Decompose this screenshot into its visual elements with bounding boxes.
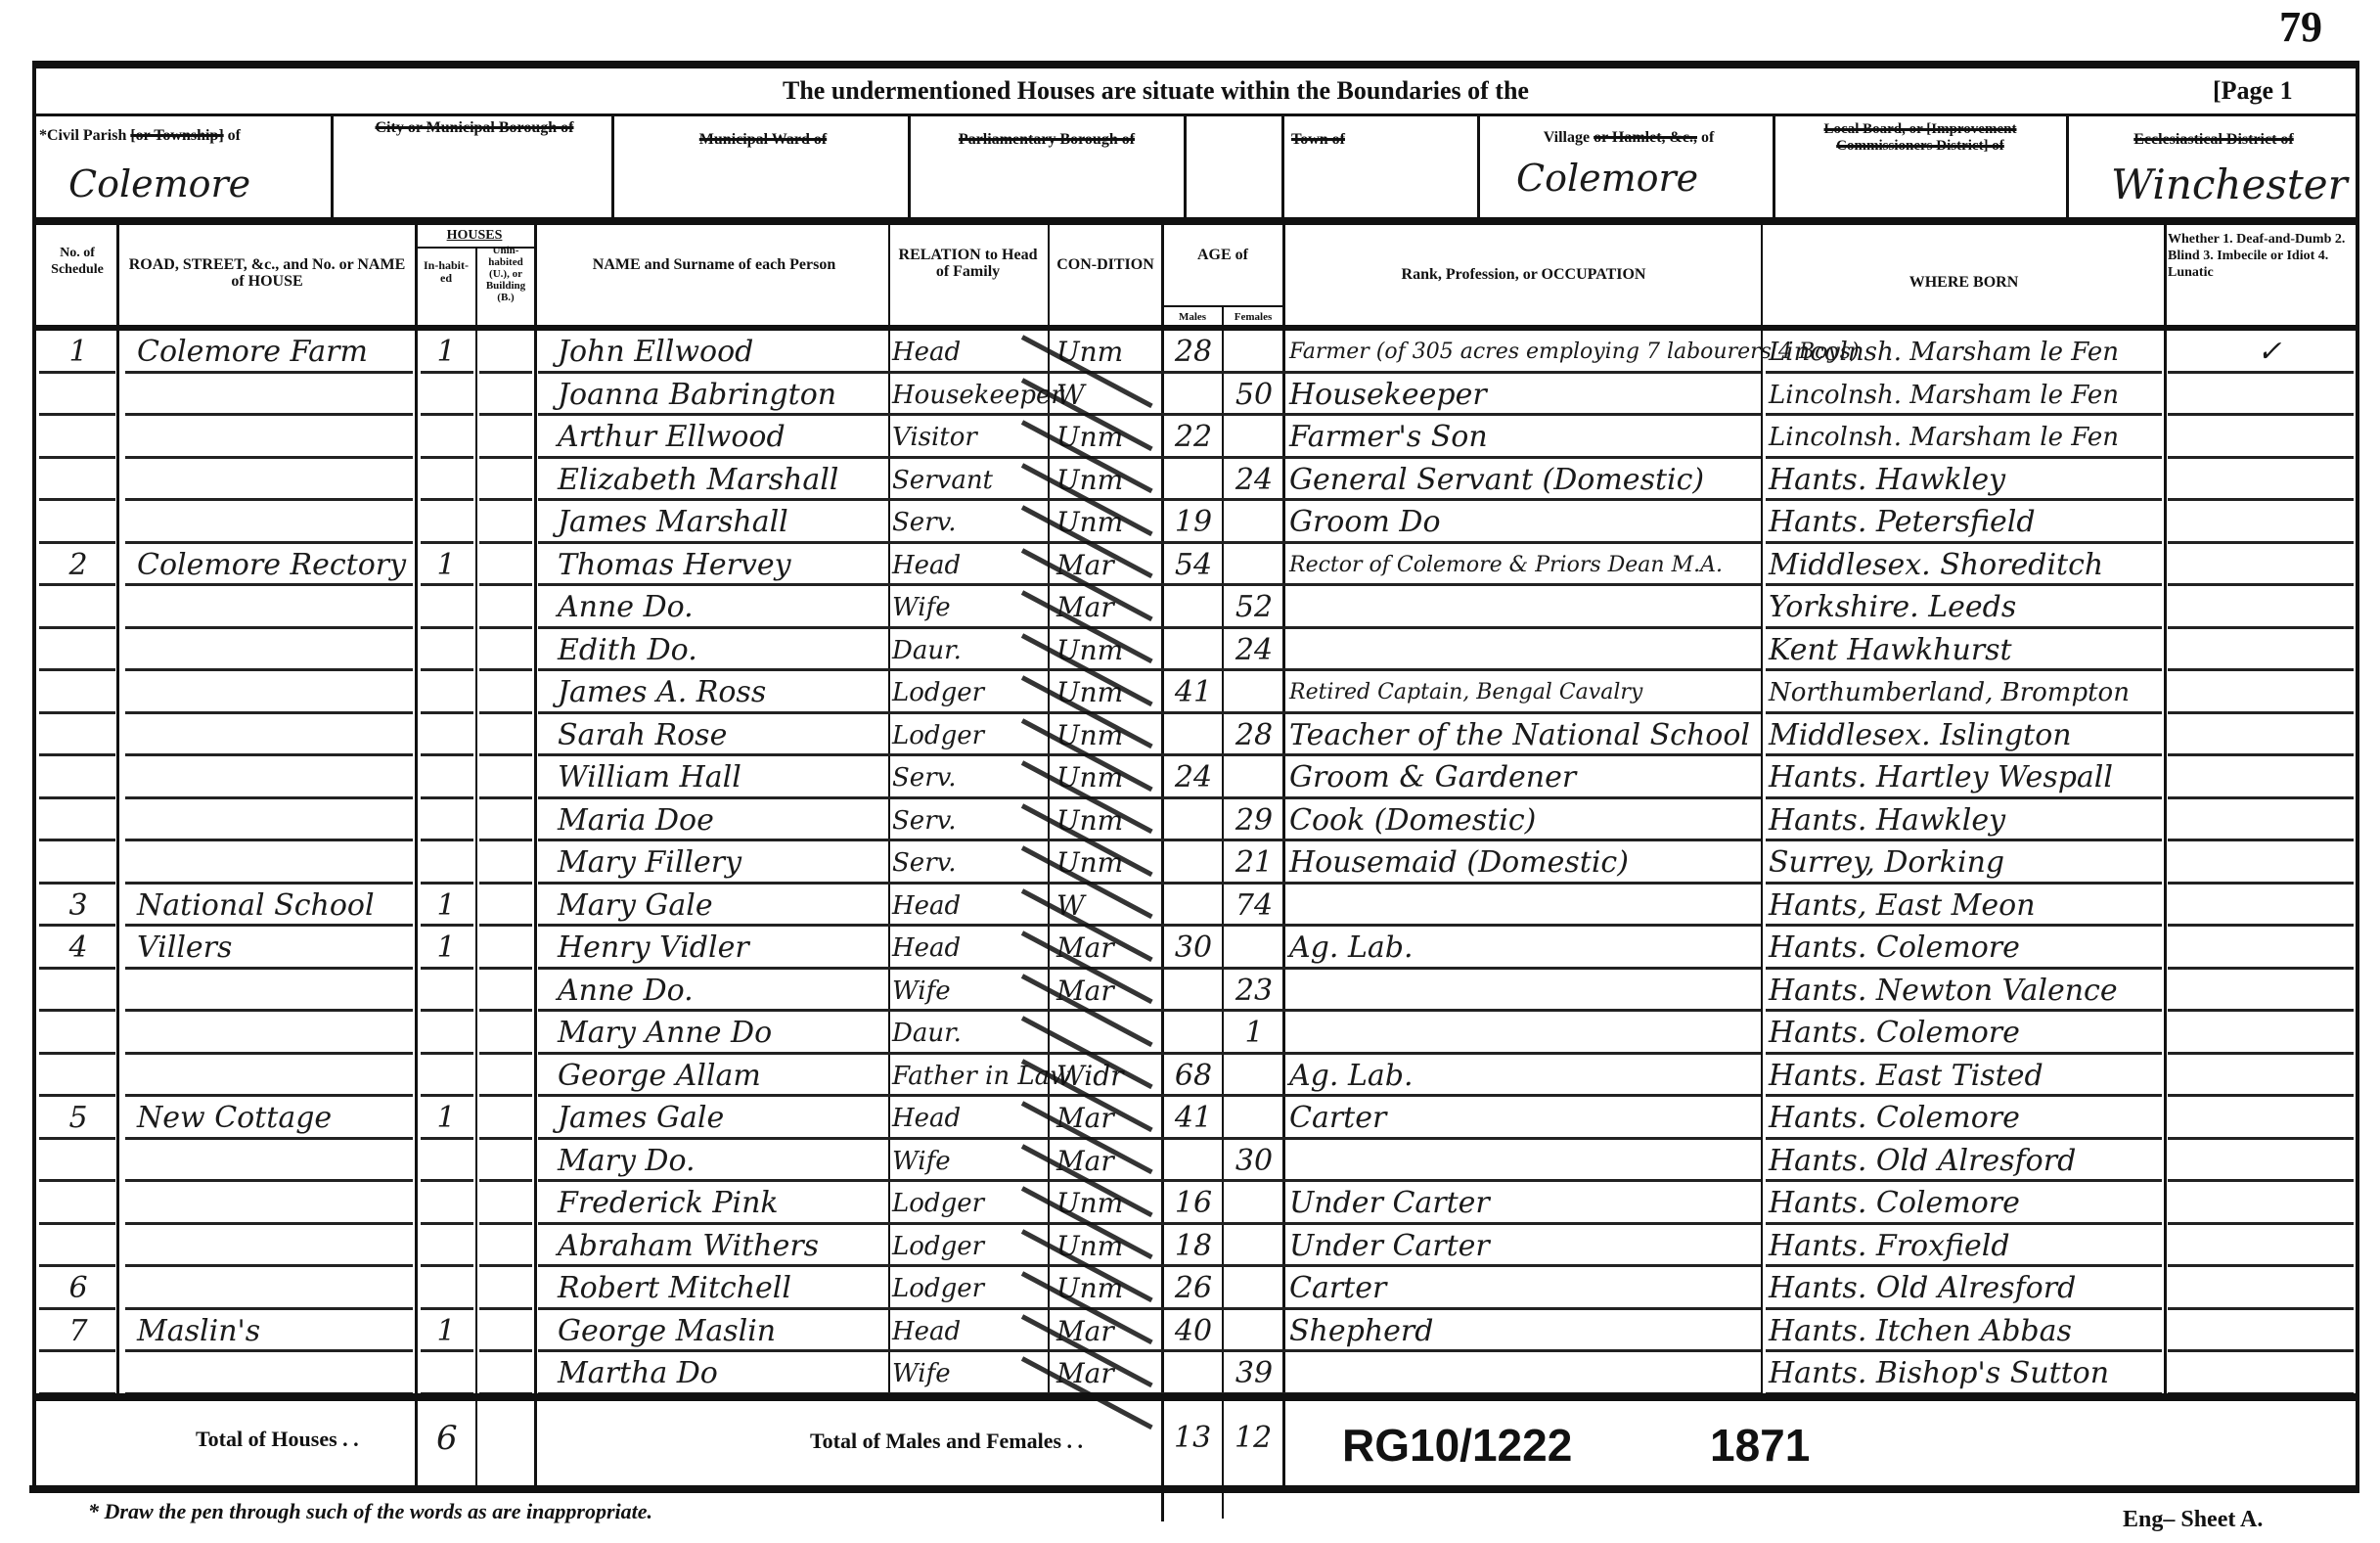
- schedule-cell: 6: [49, 1267, 108, 1310]
- right-border: [2356, 61, 2359, 1489]
- inhabited-cell: 1: [421, 1310, 472, 1353]
- schedule-cell: [49, 714, 108, 757]
- schedule-cell: [49, 799, 108, 842]
- schedule-cell: [49, 586, 108, 629]
- house-cell: [137, 416, 411, 459]
- col-where-born: WHERE BORN: [1766, 274, 2162, 291]
- infirmity-cell: [2191, 544, 2348, 587]
- census-year: 1871: [1710, 1419, 1810, 1472]
- name-cell: James Marshall: [558, 501, 885, 544]
- male-age-cell: [1166, 629, 1221, 672]
- row-rule: [479, 796, 532, 799]
- name-cell: Maria Doe: [558, 799, 885, 842]
- village-value: Colemore: [1516, 157, 1771, 200]
- house-cell: New Cottage: [137, 1097, 411, 1140]
- female-age-cell: [1227, 416, 1281, 459]
- male-age-cell: 26: [1166, 1267, 1221, 1310]
- where-born-cell: Kent Hawkhurst: [1769, 629, 2162, 672]
- female-age-cell: [1227, 1055, 1281, 1098]
- infirmity-cell: [2191, 927, 2348, 970]
- female-age-cell: 39: [1227, 1352, 1281, 1395]
- infirmity-cell: [2191, 799, 2348, 842]
- name-cell: Anne Do.: [558, 586, 885, 629]
- row-rule: [479, 583, 532, 586]
- occupation-cell: General Servant (Domestic): [1289, 459, 1759, 502]
- row-rule: [479, 711, 532, 714]
- male-age-cell: [1166, 1140, 1221, 1183]
- house-cell: [137, 1055, 411, 1098]
- where-born-cell: Yorkshire. Leeds: [1769, 586, 2162, 629]
- female-age-cell: [1227, 756, 1281, 799]
- occupation-cell: Cook (Domestic): [1289, 799, 1759, 842]
- row-rule: [479, 882, 532, 885]
- occupation-cell: Ag. Lab.: [1289, 1055, 1759, 1098]
- house-cell: [137, 714, 411, 757]
- sheet-label: Eng– Sheet A.: [2123, 1507, 2263, 1533]
- total-persons-label: Total of Males and Females . .: [810, 1429, 1083, 1454]
- occupation-cell: Under Carter: [1289, 1225, 1759, 1268]
- inhabited-cell: 1: [421, 544, 472, 587]
- name-cell: John Ellwood: [558, 331, 885, 374]
- inhabited-cell: [421, 799, 472, 842]
- female-age-cell: [1227, 927, 1281, 970]
- occupation-cell: Retired Captain, Bengal Cavalry: [1289, 671, 1759, 714]
- female-age-cell: [1227, 1182, 1281, 1225]
- top-rule: [34, 61, 2358, 68]
- col-road: ROAD, STREET, &c., and No. or NAME of HO…: [125, 256, 409, 290]
- infirmity-cell: [2191, 1267, 2348, 1310]
- infirmity-cell: [2191, 671, 2348, 714]
- house-cell: [137, 756, 411, 799]
- name-cell: Sarah Rose: [558, 714, 885, 757]
- occupation-cell: [1289, 970, 1759, 1013]
- name-cell: Mary Anne Do: [558, 1012, 885, 1055]
- infirmity-cell: [2191, 1310, 2348, 1353]
- male-age-cell: 24: [1166, 756, 1221, 799]
- inhabited-cell: 1: [421, 1097, 472, 1140]
- schedule-cell: 5: [49, 1097, 108, 1140]
- row-rule: [479, 1222, 532, 1225]
- occupation-cell: Shepherd: [1289, 1310, 1759, 1353]
- col-uninhabited: Unin-habited (U.), or Building (B.): [478, 245, 533, 303]
- where-born-cell: Hants. Newton Valence: [1769, 970, 2162, 1013]
- col-infirmity: Whether 1. Deaf-and-Dumb 2. Blind 3. Imb…: [2168, 231, 2354, 281]
- male-age-cell: [1166, 1012, 1221, 1055]
- male-age-cell: 19: [1166, 501, 1221, 544]
- female-age-cell: [1227, 501, 1281, 544]
- page-number: 79: [2279, 2, 2322, 52]
- occupation-cell: [1289, 885, 1759, 928]
- schedule-cell: [49, 629, 108, 672]
- schedule-cell: 4: [49, 927, 108, 970]
- schedule-cell: [49, 1182, 108, 1225]
- infirmity-cell: [2191, 1140, 2348, 1183]
- name-cell: Edith Do.: [558, 629, 885, 672]
- col-divider: [2164, 220, 2167, 1394]
- left-border: [32, 61, 36, 1489]
- row-rule: [479, 413, 532, 416]
- female-age-cell: 24: [1227, 459, 1281, 502]
- house-cell: Colemore Rectory: [137, 544, 411, 587]
- inhabited-cell: [421, 586, 472, 629]
- occupation-cell: Housekeeper: [1289, 374, 1759, 417]
- occupation-cell: Groom Do: [1289, 501, 1759, 544]
- col-condition: CON-DITION: [1052, 256, 1159, 273]
- house-cell: [137, 1140, 411, 1183]
- male-age-cell: 41: [1166, 1097, 1221, 1140]
- infirmity-cell: [2191, 586, 2348, 629]
- name-cell: Mary Fillery: [558, 841, 885, 885]
- female-age-cell: [1227, 1225, 1281, 1268]
- name-cell: Thomas Hervey: [558, 544, 885, 587]
- female-age-cell: [1227, 1310, 1281, 1353]
- female-age-cell: 24: [1227, 629, 1281, 672]
- where-born-cell: Hants. East Tisted: [1769, 1055, 2162, 1098]
- col-occupation: Rank, Profession, or OCCUPATION: [1286, 266, 1761, 283]
- col-relation: RELATION to Head of Family: [892, 247, 1044, 280]
- where-born-cell: Lincolnsh. Marsham le Fen: [1769, 374, 2162, 417]
- male-age-cell: 40: [1166, 1310, 1221, 1353]
- divider: [908, 115, 911, 219]
- male-age-cell: [1166, 970, 1221, 1013]
- col-houses: HOUSES: [417, 227, 532, 244]
- where-born-cell: Hants. Colemore: [1769, 1182, 2162, 1225]
- row-rule: [479, 1264, 532, 1267]
- schedule-cell: [49, 841, 108, 885]
- where-born-cell: Hants. Froxfield: [1769, 1225, 2162, 1268]
- occupation-cell: Groom & Gardener: [1289, 756, 1759, 799]
- where-born-cell: Hants, East Meon: [1769, 885, 2162, 928]
- infirmity-cell: [2191, 1012, 2348, 1055]
- inhabited-cell: [421, 501, 472, 544]
- divider: [611, 115, 614, 219]
- female-age-cell: 28: [1227, 714, 1281, 757]
- schedule-cell: 1: [49, 331, 108, 374]
- row-rule: [479, 456, 532, 459]
- female-age-cell: [1227, 671, 1281, 714]
- name-cell: Arthur Ellwood: [558, 416, 885, 459]
- col-divider: [888, 220, 890, 1394]
- occupation-cell: [1289, 629, 1759, 672]
- row-rule: [479, 1349, 532, 1352]
- inhabited-cell: 1: [421, 331, 472, 374]
- row-rule: [479, 1137, 532, 1140]
- name-cell: Anne Do.: [558, 970, 885, 1013]
- schedule-cell: [49, 1140, 108, 1183]
- col-age: AGE of: [1164, 247, 1281, 263]
- female-age-cell: 50: [1227, 374, 1281, 417]
- schedule-cell: [49, 756, 108, 799]
- row-rule: [479, 753, 532, 756]
- male-age-cell: [1166, 459, 1221, 502]
- infirmity-cell: ✓: [2191, 331, 2348, 374]
- col-divider: [116, 220, 119, 1394]
- schedule-cell: [49, 374, 108, 417]
- infirmity-cell: [2191, 501, 2348, 544]
- where-born-cell: Hants. Petersfield: [1769, 501, 2162, 544]
- name-cell: Mary Do.: [558, 1140, 885, 1183]
- inhabited-cell: [421, 714, 472, 757]
- occupation-cell: Teacher of the National School: [1289, 714, 1759, 757]
- infirmity-cell: [2191, 756, 2348, 799]
- schedule-cell: [49, 1225, 108, 1268]
- house-cell: [137, 1225, 411, 1268]
- row-rule: [479, 498, 532, 501]
- where-born-cell: Hants. Itchen Abbas: [1769, 1310, 2162, 1353]
- total-houses-label: Total of Houses . .: [196, 1427, 359, 1452]
- totals-bottom-rule: [29, 1485, 2359, 1493]
- boundary-town: Town of: [1291, 131, 1409, 149]
- infirmity-cell: [2191, 1097, 2348, 1140]
- male-age-cell: 28: [1166, 331, 1221, 374]
- female-age-cell: 30: [1227, 1140, 1281, 1183]
- female-age-cell: 29: [1227, 799, 1281, 842]
- name-cell: Frederick Pink: [558, 1182, 885, 1225]
- where-born-cell: Hants. Bishop's Sutton: [1769, 1352, 2162, 1395]
- house-cell: [137, 629, 411, 672]
- female-age-cell: 1: [1227, 1012, 1281, 1055]
- row-rule: [479, 1307, 532, 1310]
- infirmity-cell: [2191, 459, 2348, 502]
- schedule-cell: [49, 1055, 108, 1098]
- row-rule: [479, 626, 532, 629]
- where-born-cell: Middlesex. Shoreditch: [1769, 544, 2162, 587]
- male-age-cell: [1166, 885, 1221, 928]
- title-rule: [34, 113, 2358, 116]
- schedule-cell: [49, 970, 108, 1013]
- female-age-cell: [1227, 544, 1281, 587]
- name-cell: Elizabeth Marshall: [558, 459, 885, 502]
- house-cell: [137, 1352, 411, 1395]
- occupation-cell: [1289, 1140, 1759, 1183]
- occupation-cell: [1289, 586, 1759, 629]
- male-age-cell: [1166, 714, 1221, 757]
- row-rule: [479, 1179, 532, 1182]
- schedule-cell: [49, 671, 108, 714]
- schedule-cell: [49, 501, 108, 544]
- where-born-cell: Northumberland, Brompton: [1769, 671, 2162, 714]
- name-cell: Robert Mitchell: [558, 1267, 885, 1310]
- where-born-cell: Hants. Old Alresford: [1769, 1140, 2162, 1183]
- where-born-cell: Hants. Hawkley: [1769, 799, 2162, 842]
- house-cell: [137, 1182, 411, 1225]
- house-cell: [137, 970, 411, 1013]
- ecclesiastical-value: Winchester: [2111, 160, 2356, 208]
- row-rule: [479, 1094, 532, 1097]
- occupation-cell: Under Carter: [1289, 1182, 1759, 1225]
- male-age-cell: 22: [1166, 416, 1221, 459]
- male-age-cell: [1166, 841, 1221, 885]
- schedule-cell: [49, 1012, 108, 1055]
- boundary-local-board: Local Board, or [Improvement Commissione…: [1778, 121, 2062, 155]
- footnote: * Draw the pen through such of the words…: [88, 1499, 652, 1524]
- boundaries-rule: [34, 217, 2358, 225]
- row-rule: [479, 668, 532, 671]
- name-cell: James A. Ross: [558, 671, 885, 714]
- infirmity-cell: [2191, 374, 2348, 417]
- inhabited-cell: [421, 1012, 472, 1055]
- occupation-cell: Ag. Lab.: [1289, 927, 1759, 970]
- form-title: The undermentioned Houses are situate wi…: [783, 76, 1529, 106]
- total-females: 12: [1235, 1421, 1272, 1455]
- where-born-cell: Surrey, Dorking: [1769, 841, 2162, 885]
- where-born-cell: Hants. Hawkley: [1769, 459, 2162, 502]
- divider: [2066, 115, 2069, 219]
- occupation-cell: Farmer (of 305 acres employing 7 laboure…: [1289, 331, 1759, 374]
- infirmity-cell: [2191, 1225, 2348, 1268]
- male-age-cell: 68: [1166, 1055, 1221, 1098]
- row-rule: [479, 371, 532, 374]
- house-cell: [137, 586, 411, 629]
- name-cell: Abraham Withers: [558, 1225, 885, 1268]
- infirmity-cell: [2191, 416, 2348, 459]
- row-rule: [479, 1009, 532, 1012]
- infirmity-cell: [2191, 714, 2348, 757]
- inhabited-cell: [421, 1267, 472, 1310]
- male-age-cell: [1166, 374, 1221, 417]
- inhabited-cell: [421, 1225, 472, 1268]
- civil-parish-value: Colemore: [68, 162, 333, 205]
- house-cell: [137, 1012, 411, 1055]
- house-cell: [137, 799, 411, 842]
- divider: [1184, 115, 1187, 219]
- infirmity-cell: [2191, 629, 2348, 672]
- divider: [1477, 115, 1480, 219]
- row-rule: [479, 967, 532, 970]
- where-born-cell: Hants. Colemore: [1769, 1012, 2162, 1055]
- male-age-cell: 30: [1166, 927, 1221, 970]
- male-age-cell: 41: [1166, 671, 1221, 714]
- inhabited-cell: [421, 629, 472, 672]
- row-rule: [479, 924, 532, 927]
- name-cell: George Maslin: [558, 1310, 885, 1353]
- schedule-cell: 3: [49, 885, 108, 928]
- inhabited-cell: [421, 1182, 472, 1225]
- male-age-cell: [1166, 586, 1221, 629]
- occupation-cell: [1289, 1012, 1759, 1055]
- inhabited-cell: [421, 1352, 472, 1395]
- where-born-cell: Hants. Colemore: [1769, 927, 2162, 970]
- row-rule: [479, 839, 532, 841]
- inhabited-cell: [421, 671, 472, 714]
- infirmity-cell: [2191, 1055, 2348, 1098]
- infirmity-cell: [2191, 970, 2348, 1013]
- col-divider: [1761, 220, 1763, 1394]
- occupation-cell: Housemaid (Domestic): [1289, 841, 1759, 885]
- row-rule: [479, 541, 532, 544]
- where-born-cell: Hants. Hartley Wespall: [1769, 756, 2162, 799]
- occupation-cell: Carter: [1289, 1097, 1759, 1140]
- name-cell: Mary Gale: [558, 885, 885, 928]
- inhabited-cell: [421, 459, 472, 502]
- infirmity-cell: [2191, 1352, 2348, 1395]
- occupation-cell: Carter: [1289, 1267, 1759, 1310]
- col-females: Females: [1225, 309, 1281, 326]
- divider: [1281, 115, 1284, 219]
- female-age-cell: [1227, 1097, 1281, 1140]
- house-cell: [137, 1267, 411, 1310]
- where-born-cell: Lincolnsh. Marsham le Fen: [1769, 331, 2162, 374]
- divider: [331, 115, 334, 219]
- schedule-cell: 7: [49, 1310, 108, 1353]
- col-name: NAME and Surname of each Person: [548, 256, 880, 273]
- house-cell: [137, 459, 411, 502]
- col-males: Males: [1164, 309, 1221, 326]
- boundary-municipal-borough: City or Municipal Borough of: [342, 119, 606, 137]
- house-cell: [137, 841, 411, 885]
- divider: [1773, 115, 1775, 219]
- name-cell: James Gale: [558, 1097, 885, 1140]
- where-born-cell: Hants. Old Alresford: [1769, 1267, 2162, 1310]
- schedule-cell: [49, 459, 108, 502]
- female-age-cell: [1227, 331, 1281, 374]
- inhabited-cell: [421, 374, 472, 417]
- total-houses-value: 6: [436, 1419, 458, 1458]
- house-cell: Villers: [137, 927, 411, 970]
- name-cell: Henry Vidler: [558, 927, 885, 970]
- male-age-cell: 16: [1166, 1182, 1221, 1225]
- name-cell: Martha Do: [558, 1352, 885, 1395]
- inhabited-cell: 1: [421, 885, 472, 928]
- where-born-cell: Hants. Colemore: [1769, 1097, 2162, 1140]
- col-schedule: No. of Schedule: [37, 245, 117, 278]
- house-cell: Colemore Farm: [137, 331, 411, 374]
- male-age-cell: 54: [1166, 544, 1221, 587]
- total-males: 13: [1174, 1421, 1211, 1455]
- boundary-parliamentary-borough: Parliamentary Borough of: [915, 131, 1179, 149]
- house-cell: [137, 374, 411, 417]
- page-label: [Page 1: [2213, 76, 2293, 106]
- male-age-cell: [1166, 1352, 1221, 1395]
- inhabited-cell: [421, 416, 472, 459]
- archive-reference: RG10/1222: [1342, 1419, 1572, 1472]
- inhabited-cell: [421, 841, 472, 885]
- boundary-village: Village or Hamlet, &c., of Colemore: [1487, 129, 1771, 200]
- boundary-ecclesiastical-district: Ecclesiastical District of Winchester: [2072, 131, 2356, 208]
- occupation-cell: [1289, 1352, 1759, 1395]
- boundary-municipal-ward: Municipal Ward of: [616, 131, 910, 149]
- occupation-cell: Farmer's Son: [1289, 416, 1759, 459]
- female-age-cell: 52: [1227, 586, 1281, 629]
- inhabited-cell: 1: [421, 927, 472, 970]
- male-age-cell: [1166, 799, 1221, 842]
- col-divider: [475, 247, 477, 1487]
- name-cell: William Hall: [558, 756, 885, 799]
- inhabited-cell: [421, 756, 472, 799]
- house-cell: National School: [137, 885, 411, 928]
- boundary-civil-parish: *Civil Parish [or Township] of Colemore: [39, 127, 333, 205]
- inhabited-cell: [421, 1055, 472, 1098]
- col-divider: [1282, 220, 1285, 1487]
- schedule-cell: [49, 1352, 108, 1395]
- house-cell: Maslin's: [137, 1310, 411, 1353]
- female-age-cell: 21: [1227, 841, 1281, 885]
- house-cell: [137, 501, 411, 544]
- schedule-cell: [49, 416, 108, 459]
- where-born-cell: Lincolnsh. Marsham le Fen: [1769, 416, 2162, 459]
- infirmity-cell: [2191, 885, 2348, 928]
- house-cell: [137, 671, 411, 714]
- inhabited-cell: [421, 970, 472, 1013]
- table-bottom-rule: [34, 1393, 2358, 1401]
- infirmity-cell: [2191, 1182, 2348, 1225]
- row-rule: [479, 1052, 532, 1055]
- female-age-cell: [1227, 1267, 1281, 1310]
- where-born-cell: Middlesex. Islington: [1769, 714, 2162, 757]
- female-age-cell: 23: [1227, 970, 1281, 1013]
- male-age-cell: 18: [1166, 1225, 1221, 1268]
- col-divider: [1222, 305, 1224, 1519]
